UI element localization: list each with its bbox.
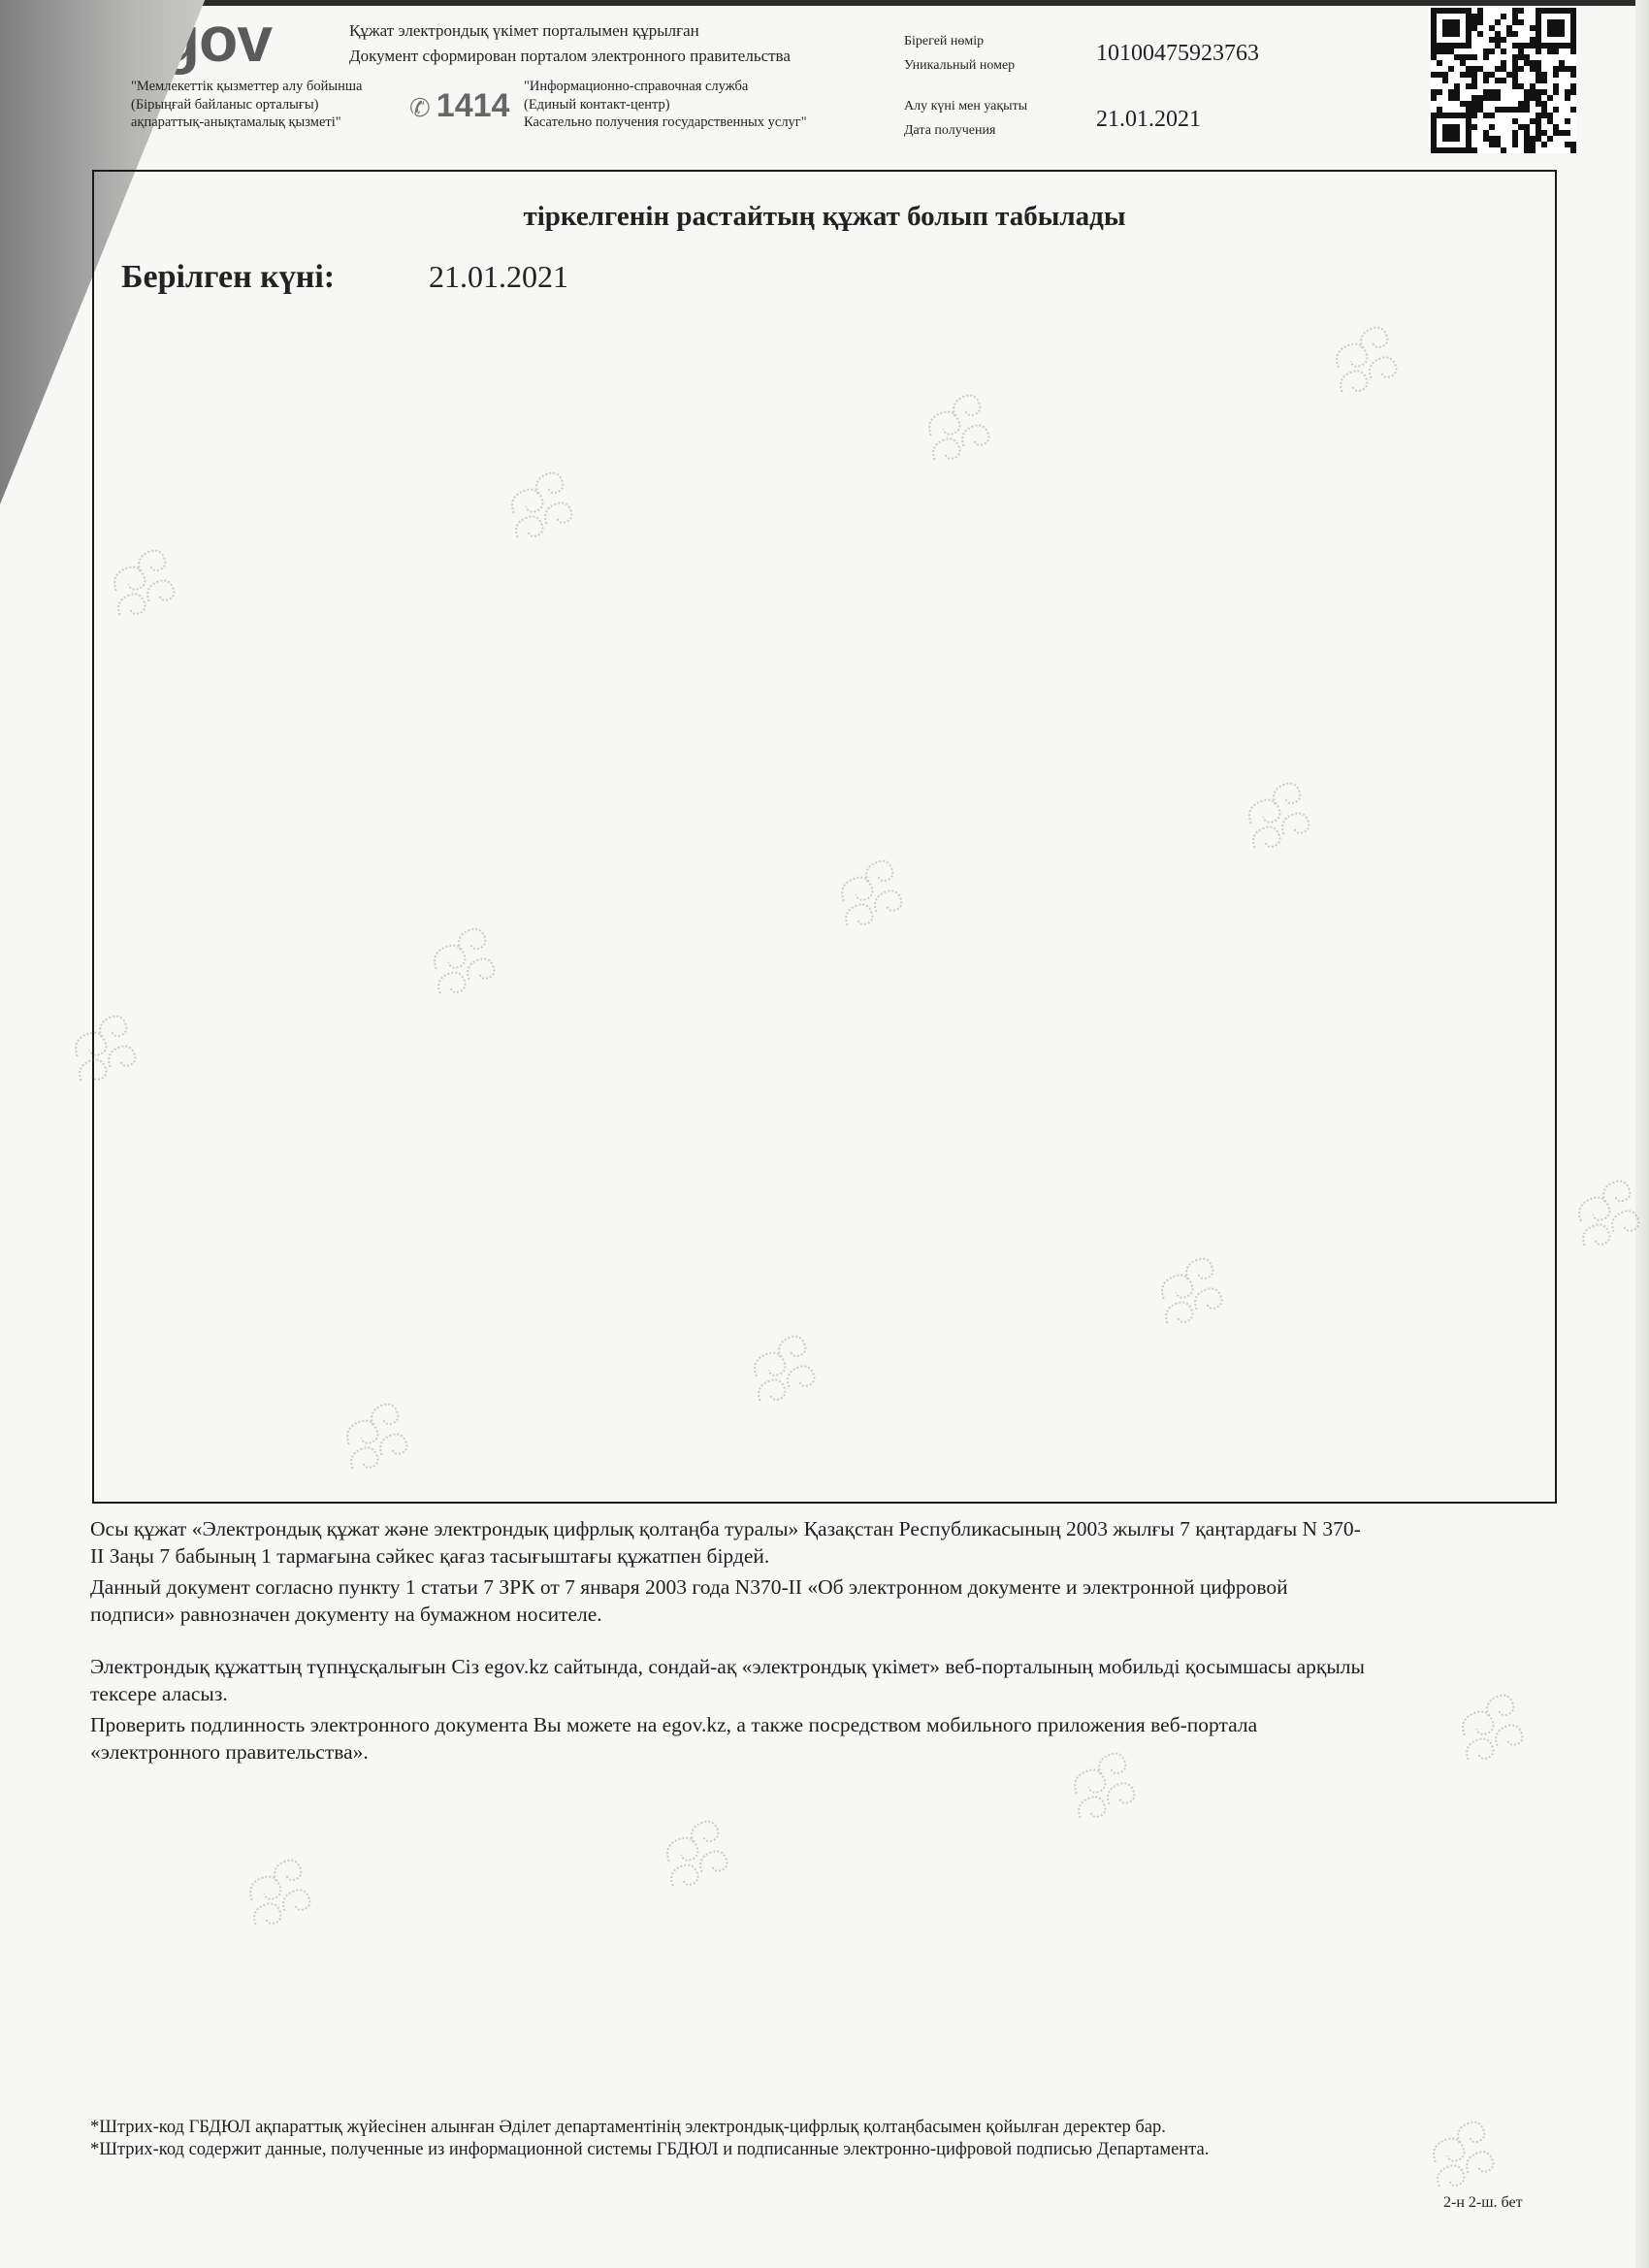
service-info-kz: "Мемлекеттік қызметтер алу бойынша (Біры…	[131, 78, 362, 132]
legal-statement-ru: Данный документ согласно пункту 1 статьи…	[90, 1573, 1584, 1628]
ornament-watermark-icon	[637, 1801, 749, 1913]
unique-number-label: Бірегей нөмір Уникальный номер	[904, 29, 1015, 78]
barcode-note-kz: *Штрих-код ГБДЮЛ ақпараттық жүйесінен ал…	[90, 2117, 1545, 2138]
qr-code-icon	[1431, 8, 1576, 153]
unique-number-value: 10100475923763	[1096, 41, 1259, 67]
legal-statement-kz: Осы құжат «Электрондық құжат және электр…	[90, 1515, 1584, 1570]
date-received-label: Алу күні мен уақыты Дата получения	[904, 94, 1027, 143]
date-received-value: 21.01.2021	[1096, 107, 1201, 133]
document-frame: тіркелгенін растайтың құжат болып табыла…	[92, 170, 1557, 1504]
portal-notice-kz: Құжат электрондық үкімет порталымен құры…	[349, 21, 699, 41]
barcode-note-ru: *Штрих-код содержит данные, полученные и…	[90, 2139, 1545, 2160]
issued-date-label: Берілген күні:	[121, 259, 335, 296]
page-number: 2-н 2-ш. бет	[1443, 2194, 1523, 2212]
phone-icon: ✆	[409, 93, 431, 122]
verification-note-ru: Проверить подлинность электронного докум…	[90, 1711, 1584, 1766]
service-info-ru: "Информационно-справочная служба (Единый…	[524, 78, 807, 132]
scan-edge-right	[1635, 0, 1649, 2268]
document-title: тіркелгенін растайтың құжат болып табыла…	[94, 201, 1555, 233]
issued-date-value: 21.01.2021	[429, 259, 568, 295]
contact-center-phone: ✆1414	[409, 87, 509, 125]
ornament-watermark-icon	[1549, 1161, 1649, 1273]
ornament-watermark-icon	[220, 1840, 332, 1952]
portal-notice-ru: Документ сформирован порталом электронно…	[349, 47, 791, 66]
verification-note-kz: Электрондық құжаттың түпнұсқалығын Сіз e…	[90, 1653, 1584, 1707]
